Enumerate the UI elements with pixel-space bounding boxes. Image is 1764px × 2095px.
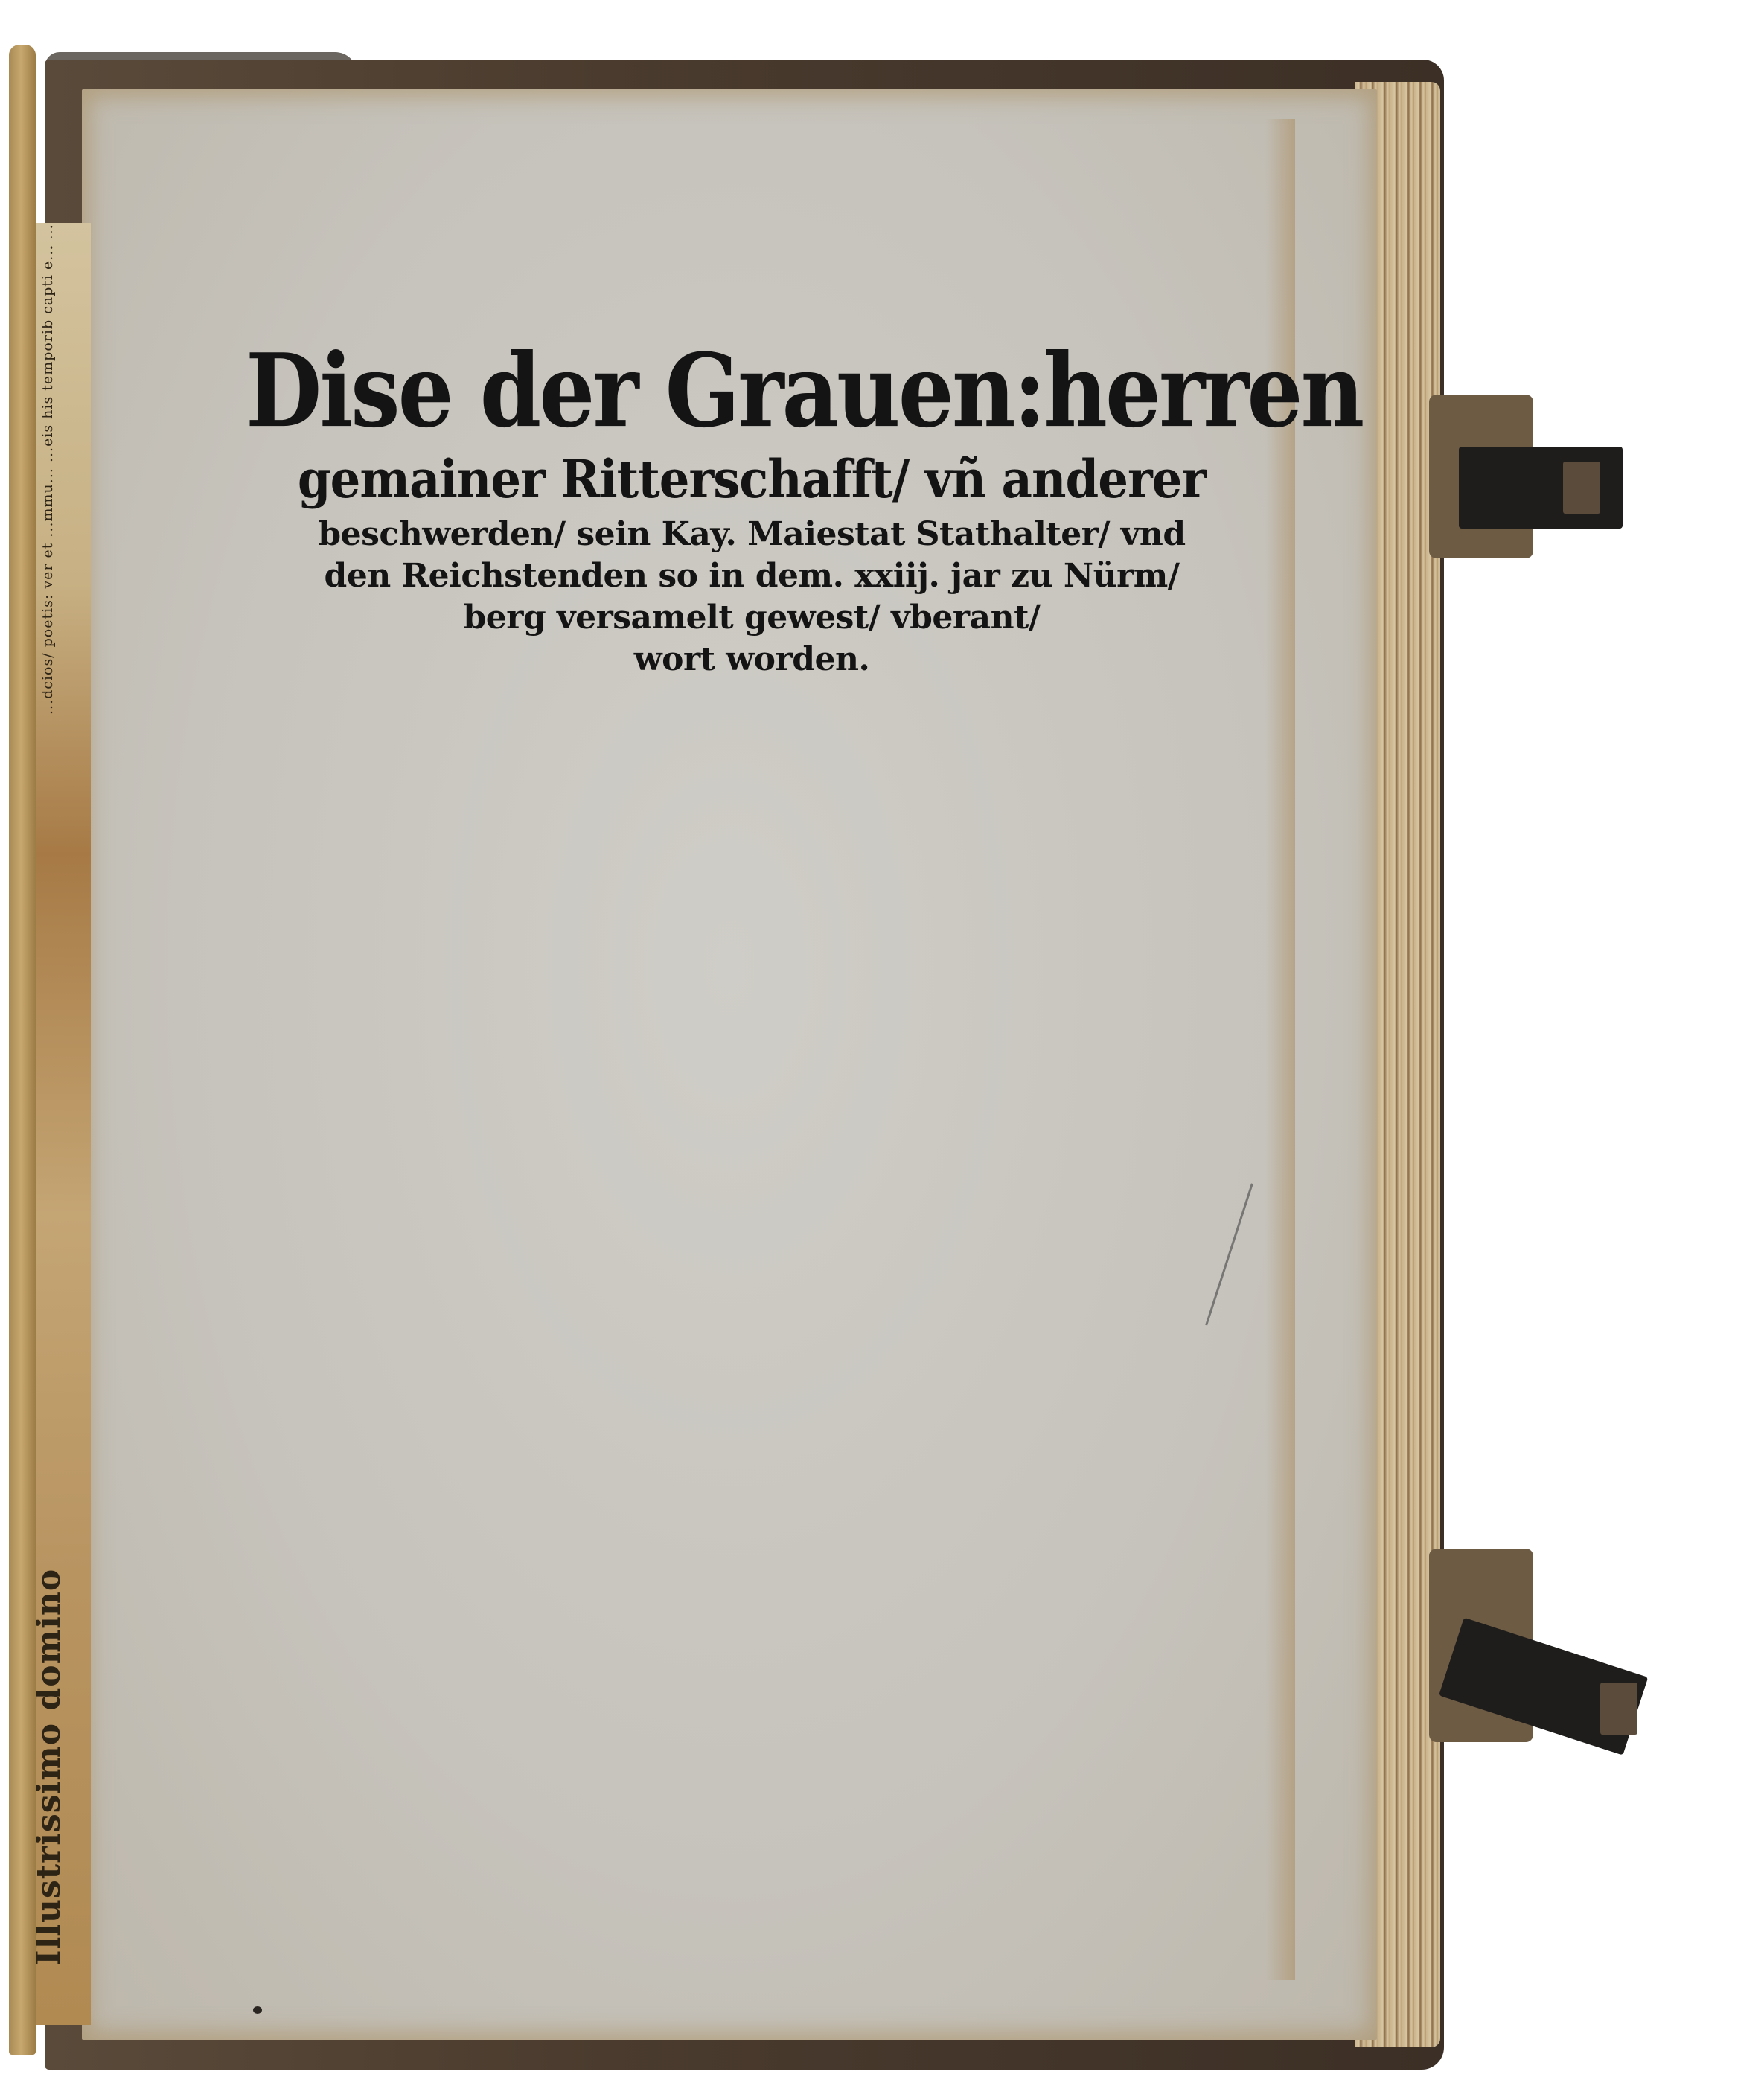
title-line-5: berg versamelt gewest/ vberant/: [246, 597, 1258, 639]
waste-line: ...em ba cos leron for...: [39, 223, 56, 240]
top-clasp: [1429, 395, 1623, 558]
waste-line: ...dcios/ poetis: ver et ...mmu...: [39, 462, 56, 715]
spine-cord: [9, 45, 36, 2055]
title-line-1: Dise der Grauen:herren: [246, 327, 1258, 456]
title-block: Dise der Grauen:herren gemainer Rittersc…: [246, 335, 1258, 680]
clasp-hinge: [1600, 1683, 1637, 1735]
title-line-3: beschwerden/ sein Kay. Maiestat Stathalt…: [246, 514, 1258, 555]
title-line-6: wort worden.: [246, 639, 1258, 680]
waste-fragment-text: ...dcios/ poetis: ver et ...mmu... ...ei…: [40, 238, 85, 715]
waste-line: ...eis his temporib capti e...: [39, 245, 56, 462]
title-line-4: den Reichstenden so in dem. xxiij. jar z…: [246, 555, 1258, 597]
waste-fragment-heading: Illustrissimo domino: [42, 1176, 86, 1965]
spine-printed-waste: ...dcios/ poetis: ver et ...mmu... ...ei…: [36, 223, 91, 2025]
bottom-clasp: [1429, 1549, 1652, 1757]
ink-dot-mark: [253, 2006, 262, 2014]
clasp-hinge: [1563, 462, 1600, 514]
title-line-2: gemainer Ritterschafft/ vñ anderer: [246, 444, 1258, 517]
